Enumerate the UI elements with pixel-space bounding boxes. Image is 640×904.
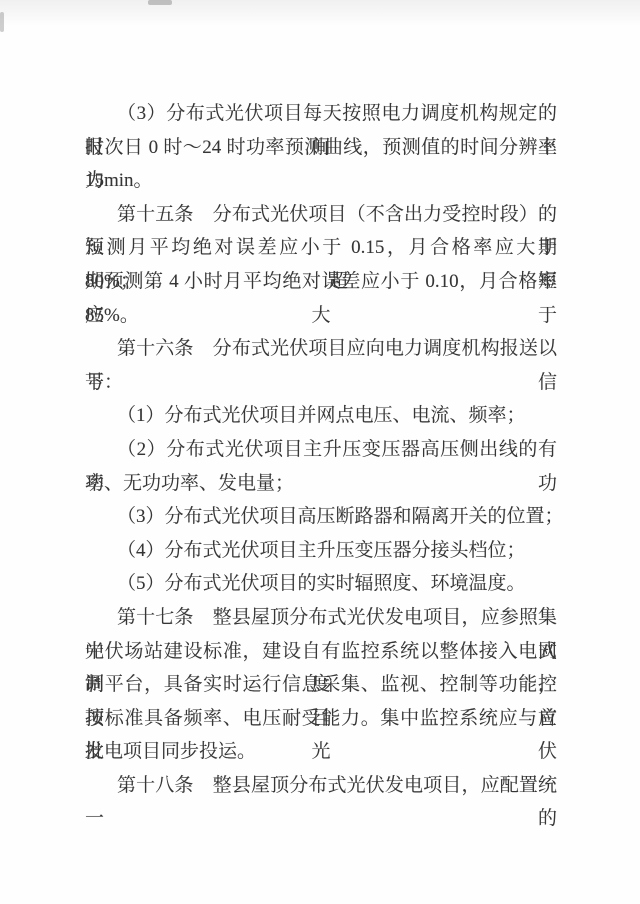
- text-line: 按标准具备频率、电压耐受能力。集中监控系统应与首批光伏: [85, 702, 557, 736]
- text-line: 光伏场站建设标准，建设自有监控系统以整体接入电网调度控: [85, 635, 557, 669]
- text-line: 第十七条 整县屋顶分布式光伏发电项目，应参照集中式: [85, 601, 557, 635]
- document-text-body: （3）分布式光伏项目每天按照电力调度机构规定的时间上报次日 0 时～24 时功率…: [85, 97, 557, 802]
- scan-artifact-left-edge: [0, 12, 4, 32]
- text-line: （1）分布式光伏项目并网点电压、电流、频率；: [85, 399, 557, 433]
- text-line: 第十六条 分布式光伏项目应向电力调度机构报送以下信: [85, 332, 557, 366]
- scan-artifact-top: [148, 0, 172, 5]
- scan-top-shadow: [0, 0, 640, 26]
- text-line: 期预测第 4 小时月平均绝对误差应小于 0.10，月合格率应大于: [85, 265, 557, 299]
- text-line: （3）分布式光伏项目高压断路器和隔离开关的位置；: [85, 500, 557, 534]
- text-line: （2）分布式光伏项目主升压变压器高压侧出线的有功功: [85, 433, 557, 467]
- text-line: 报次日 0 时～24 时功率预测曲线，预测值的时间分辨率为: [85, 131, 557, 165]
- text-line: 15min。: [85, 164, 557, 198]
- text-line: （5）分布式光伏项目的实时辐照度、环境温度。: [85, 567, 557, 601]
- text-line: 第十五条 分布式光伏项目（不含出力受控时段）的短期: [85, 198, 557, 232]
- text-line: （3）分布式光伏项目每天按照电力调度机构规定的时间上: [85, 97, 557, 131]
- text-line: 第十八条 整县屋顶分布式光伏发电项目，应配置统一的: [85, 769, 557, 803]
- text-line: （4）分布式光伏项目主升压变压器分接头档位；: [85, 534, 557, 568]
- text-line: 预测月平均绝对误差应小于 0.15，月合格率应大于 80%；超短: [85, 231, 557, 265]
- document-page: （3）分布式光伏项目每天按照电力调度机构规定的时间上报次日 0 时～24 时功率…: [0, 0, 640, 904]
- text-line: 制平台，具备实时运行信息采集、监视、控制等功能，项目应: [85, 668, 557, 702]
